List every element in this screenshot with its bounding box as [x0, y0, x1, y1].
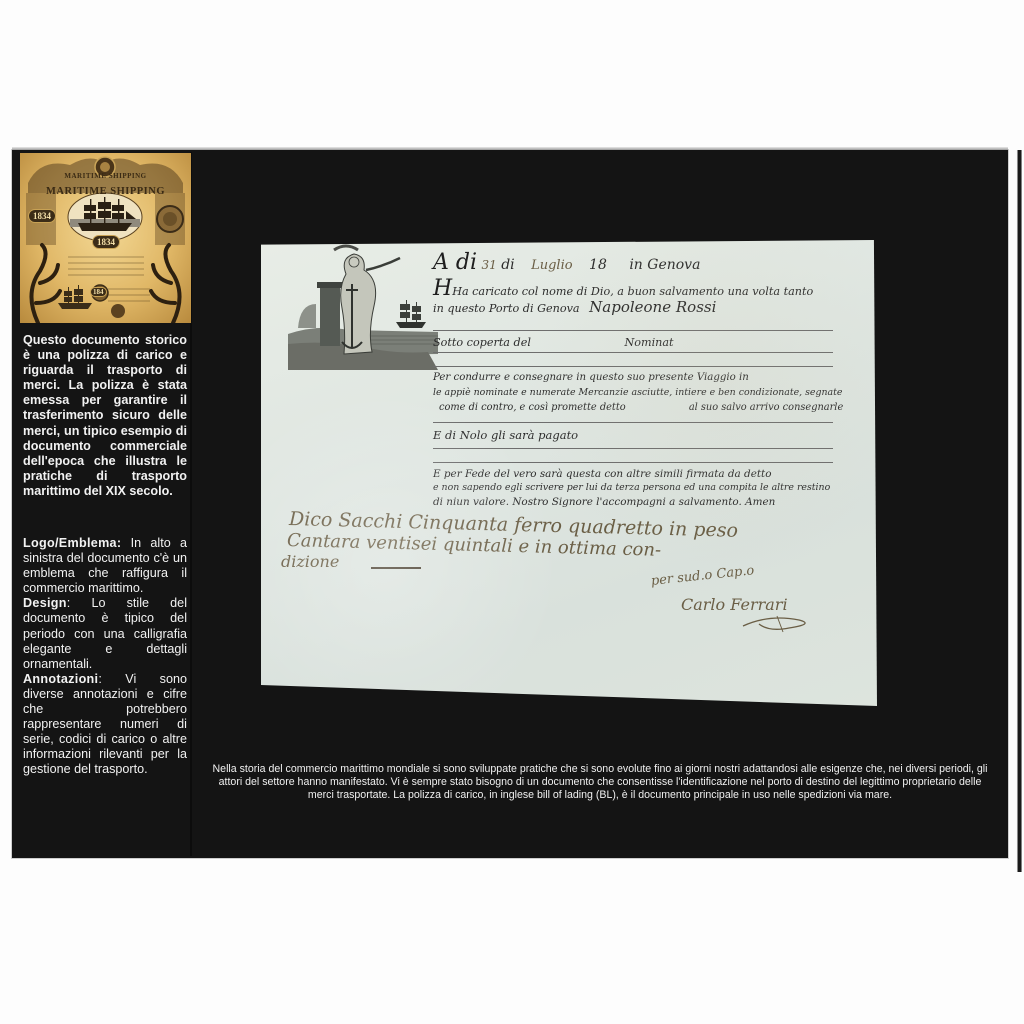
- note-logo-label: Logo/Emblema:: [23, 536, 121, 550]
- port-line: in questo Porto di Genova Napoleone Ross…: [433, 298, 716, 316]
- note-logo: Logo/Emblema: In alto a sinistra del doc…: [23, 536, 187, 596]
- signature-flourish-icon: [739, 612, 819, 634]
- goods-line: le appiè nominate e numerate Mercanzie a…: [433, 387, 842, 398]
- rule: [433, 422, 833, 423]
- emblem-title: MARITIME SHIPPING: [20, 186, 191, 197]
- emblem-arc-text: MARITIME SHIPPING: [20, 172, 191, 180]
- page-edge: [1016, 150, 1022, 872]
- promise-line: come di contro, e così promette detto al…: [439, 402, 843, 413]
- handwritten-line-1: Dico Sacchi Cinquanta ferro quadretto in…: [289, 508, 738, 542]
- rule: [371, 567, 421, 569]
- note-annotations-text: : Vi sono diverse annotazioni e cifre ch…: [23, 672, 187, 777]
- caption-text: Nella storia del commercio marittimo mon…: [212, 763, 988, 802]
- emblem-year-left: 1834: [28, 209, 56, 223]
- rule: [433, 330, 833, 331]
- maritime-shipping-emblem: MARITIME SHIPPING MARITIME SHIPPING 1834…: [20, 153, 191, 323]
- date-line: A di 31 di Luglio 18 in Genova: [433, 250, 700, 275]
- signature-name: Carlo Ferrari: [681, 595, 788, 614]
- signing-line: e non sapendo egli scrivere per lui da t…: [433, 482, 830, 493]
- bill-of-lading-document: A di 31 di Luglio 18 in Genova HHa caric…: [261, 240, 877, 706]
- faith-line: E per Fede del vero sarà questa con altr…: [433, 468, 771, 480]
- emblem-year-center: 1834: [92, 235, 120, 249]
- note-annotations: Annotazioni: Vi sono diverse annotazioni…: [23, 672, 187, 778]
- note-design: Design: Lo stile del documento è tipico …: [23, 596, 187, 671]
- note-annotations-label: Annotazioni: [23, 672, 98, 686]
- rule: [433, 352, 833, 353]
- freight-line: E di Nolo gli sarà pagato: [433, 428, 578, 442]
- signature-prefix: per sud.o Cap.o: [650, 563, 755, 589]
- sidebar-notes: Logo/Emblema: In alto a sinistra del doc…: [23, 536, 187, 778]
- blessing-line: di niun valore. Nostro Signore l'accompa…: [433, 496, 775, 508]
- handwritten-line-2: Cantara ventisei quintali e in ottima co…: [287, 530, 662, 561]
- note-design-label: Design: [23, 596, 67, 610]
- rule: [433, 462, 833, 463]
- rule: [433, 448, 833, 449]
- captain-name: Napoleone Rossi: [589, 298, 716, 316]
- vessel-line: Sotto coperta del Nominat: [433, 336, 674, 349]
- emblem-seal: 184: [90, 287, 107, 297]
- allegorical-figure-icon: [288, 244, 438, 370]
- carried-line: HHa caricato col nome di Dio, a buon sal…: [433, 276, 813, 301]
- rule: [433, 366, 833, 367]
- sidebar-intro: Questo documento storico è una polizza d…: [23, 333, 187, 499]
- handwritten-line-3: dizione: [281, 552, 339, 571]
- voyage-line: Per condurre e consegnare in questo suo …: [433, 372, 749, 383]
